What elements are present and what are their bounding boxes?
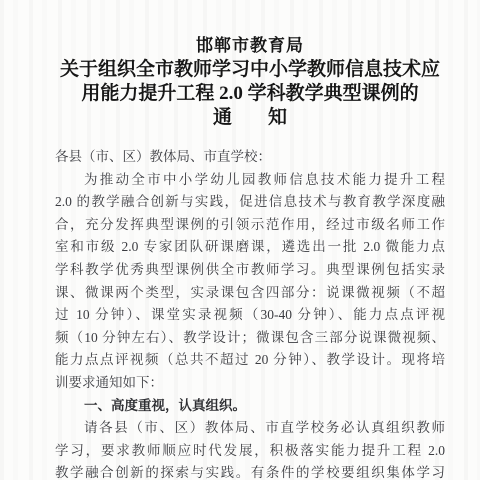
body-line: 过 10 分钟）、课堂实录视频（30-40 分钟）、能力点点评视 xyxy=(55,304,445,327)
body-line: 各县（市、区）教体局、市直学校： xyxy=(55,146,445,169)
body-line: 学习，要求教师顺应时代发展，积极落实能力提升工程 2.0 xyxy=(55,440,445,463)
doc-header: 邯郸市教育局 关于组织全市教师学习中小学教师信息技术应 用能力提升工程 2.0 … xyxy=(0,0,480,130)
body-line: 频（10 分钟左右）、教学设计；微课包含三部分说课微视频、 xyxy=(55,327,445,350)
body-line: 课、微课两个类型，实录课包含四部分：说课微视频（不超 xyxy=(55,282,445,305)
body-line: 为推动全市中小学幼儿园教师信息技术能力提升工程 xyxy=(55,169,445,192)
body-line: 教学融合创新的探索与实践。有条件的学校要组织集体学习 xyxy=(55,462,445,480)
body-line: 2.0 的教学融合创新与实践，促进信息技术与教育教学深度融 xyxy=(55,191,445,214)
notice-heading-char-right: 知 xyxy=(268,106,287,130)
body-line: 训要求通知如下： xyxy=(55,372,445,395)
body-line: 室和市级 2.0 专家团队研课磨课，遴选出一批 2.0 微能力点 xyxy=(55,236,445,259)
notice-heading: 通 知 xyxy=(55,106,445,130)
body-line: 请各县（市、区）教体局、市直学校务必认真组织教师 xyxy=(55,417,445,440)
body-line: 合，充分发挥典型课例的引领示范作用，经过市级名师工作 xyxy=(55,214,445,237)
doc-body: 各县（市、区）教体局、市直学校：为推动全市中小学幼儿园教师信息技术能力提升工程2… xyxy=(0,146,480,480)
section-heading: 一、高度重视，认真组织。 xyxy=(55,395,445,418)
issuing-org-title: 邯郸市教育局 xyxy=(55,34,445,58)
body-line: 学科教学优秀典型课例供全市教师学习。典型课例包括实录 xyxy=(55,259,445,282)
scanned-notice-page: 邯郸市教育局 关于组织全市教师学习中小学教师信息技术应 用能力提升工程 2.0 … xyxy=(0,0,480,480)
notice-heading-char-left: 通 xyxy=(213,106,232,130)
doc-title-line-2: 用能力提升工程 2.0 学科教学典型课例的 xyxy=(55,82,445,106)
body-line: 能力点点评视频（总共不超过 20 分钟）、教学设计。现将培 xyxy=(55,349,445,372)
doc-title-line-1: 关于组织全市教师学习中小学教师信息技术应 xyxy=(55,58,445,82)
